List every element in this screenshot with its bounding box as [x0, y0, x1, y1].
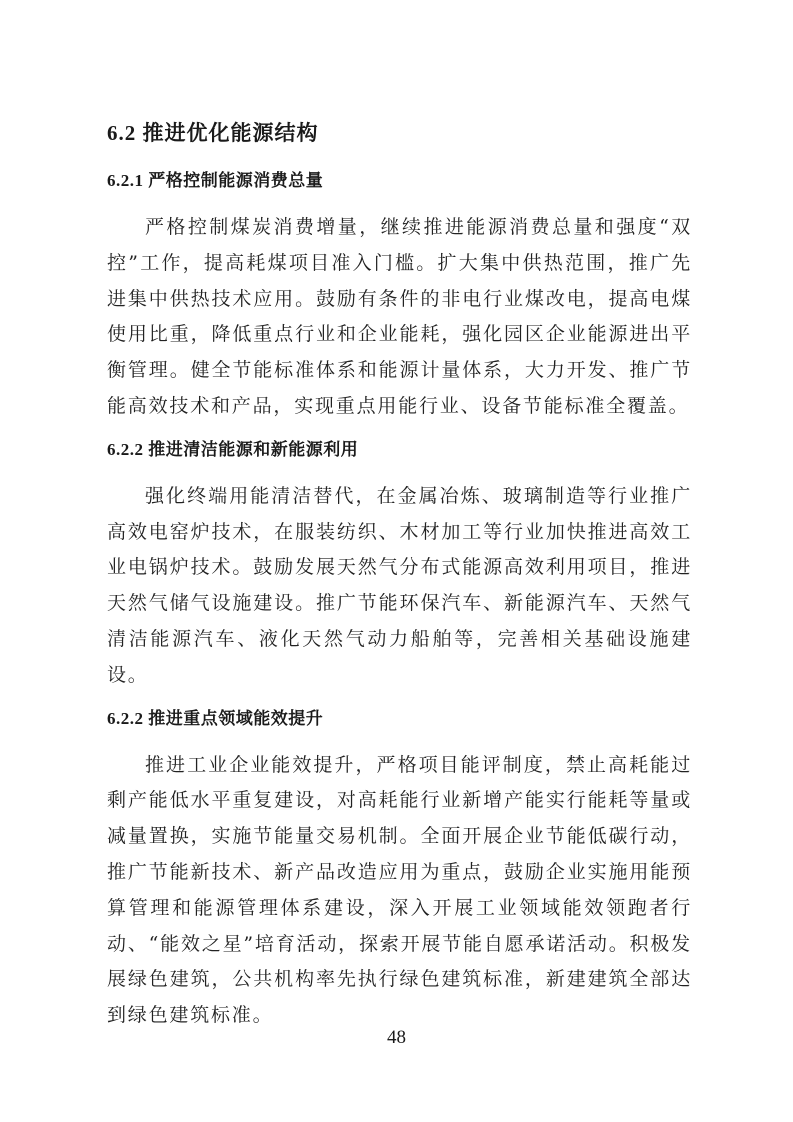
page-number: 48 [0, 1027, 793, 1049]
paragraph-2: 强化终端用能清洁替代，在金属冶炼、玻璃制造等行业推广高效电窑炉技术，在服装纺织、… [107, 479, 692, 694]
subsection-heading-1: 6.2.1 严格控制能源消费总量 [107, 168, 692, 194]
section-heading: 6.2 推进优化能源结构 [107, 118, 692, 148]
subsection-heading-3: 6.2.2 推进重点领域能效提升 [107, 706, 692, 732]
paragraph-3: 推进工业企业能效提升，严格项目能评制度，禁止高耗能过剩产能低水平重复建设，对高耗… [107, 748, 692, 1034]
document-page: 6.2 推进优化能源结构 6.2.1 严格控制能源消费总量 严格控制煤炭消费增量… [107, 118, 692, 1034]
subsection-heading-2: 6.2.2 推进清洁能源和新能源利用 [107, 437, 692, 463]
paragraph-1: 严格控制煤炭消费增量，继续推进能源消费总量和强度“双控”工作，提高耗煤项目准入门… [107, 210, 692, 425]
